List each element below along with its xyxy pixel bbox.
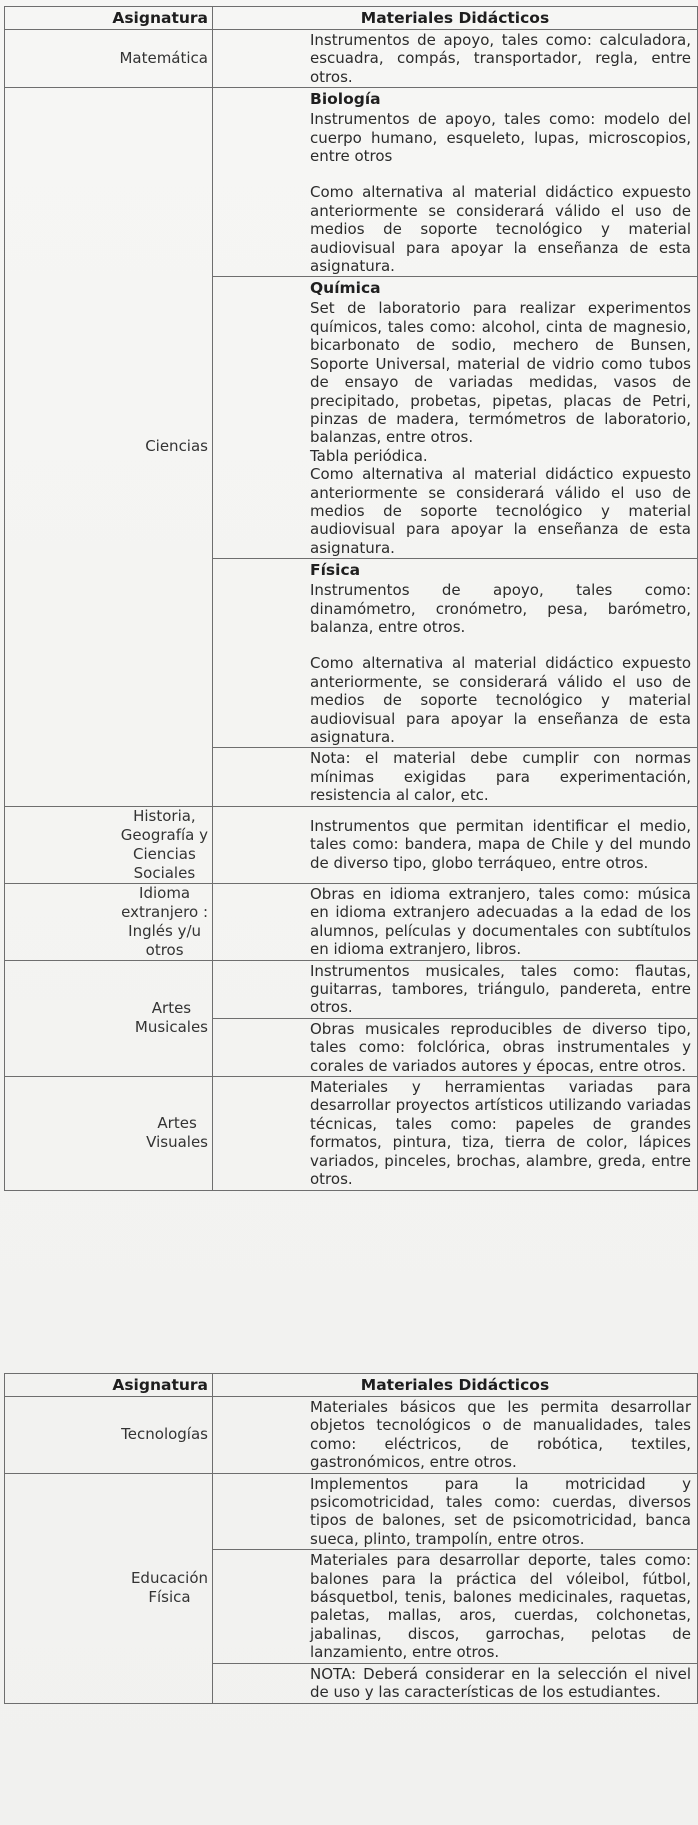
subject-name: Tecnologías	[121, 1425, 208, 1444]
table-header-row: Asignatura Materiales Didácticos	[5, 7, 698, 30]
materials-text: Instrumentos de apoyo, tales como: calcu…	[310, 31, 691, 86]
header-materials: Materiales Didácticos	[213, 7, 698, 30]
table-row: TecnologíasMateriales básicos que les pe…	[5, 1397, 698, 1474]
table-row: ArtesMusicalesInstrumentos musicales, ta…	[5, 960, 698, 1018]
subject-name: Ciencias	[145, 437, 208, 456]
materials-text: NOTA: Deberá considerar en la selección …	[310, 1665, 691, 1702]
materials-text: Como alternativa al material didáctico e…	[310, 183, 691, 275]
subject-cell: Historia,Geografía yCienciasSociales	[5, 806, 213, 883]
table-row: Historia,Geografía yCienciasSocialesInst…	[5, 806, 698, 883]
table-row: Idiomaextranjero :Inglés y/uotrosObras e…	[5, 883, 698, 960]
materials-cell: NOTA: Deberá considerar en la selección …	[213, 1663, 698, 1703]
materials-cell: Materiales y herramientas variadas para …	[213, 1077, 698, 1190]
materials-cell: Nota: el material debe cumplir con norma…	[213, 748, 698, 806]
header-materials: Materiales Didácticos	[213, 1374, 698, 1397]
subject-cell: Idiomaextranjero :Inglés y/uotros	[5, 883, 213, 960]
materials-table-2: Asignatura Materiales Didácticos Tecnolo…	[4, 1373, 698, 1704]
subject-name: Idiomaextranjero :Inglés y/uotros	[121, 884, 208, 960]
subject-cell: Tecnologías	[5, 1397, 213, 1474]
materials-cell: Obras musicales reproducibles de diverso…	[213, 1018, 698, 1076]
materials-text: Materiales para desarrollar deporte, tal…	[310, 1551, 691, 1661]
discipline-title: Química	[310, 278, 691, 299]
subject-name: ArtesMusicales	[135, 999, 208, 1037]
materials-text: Obras en idioma extranjero, tales como: …	[310, 885, 691, 959]
table-row: ArtesVisualesMateriales y herramientas v…	[5, 1077, 698, 1190]
materials-text: Instrumentos de apoyo, tales como: dinam…	[310, 581, 691, 636]
materials-cell: Materiales básicos que les permita desar…	[213, 1397, 698, 1474]
materials-text: Instrumentos de apoyo, tales como: model…	[310, 110, 691, 165]
materials-cell: Instrumentos musicales, tales como: flau…	[213, 960, 698, 1018]
materials-cell: QuímicaSet de laboratorio para realizar …	[213, 277, 698, 559]
materials-cell: Instrumentos de apoyo, tales como: calcu…	[213, 30, 698, 88]
discipline-title: Física	[310, 560, 691, 581]
table-row: MatemáticaInstrumentos de apoyo, tales c…	[5, 30, 698, 88]
subject-name: Matemática	[119, 49, 208, 68]
table-header-row: Asignatura Materiales Didácticos	[5, 1374, 698, 1397]
table-row: EducaciónFísicaImplementos para la motri…	[5, 1473, 698, 1550]
materials-text: Implementos para la motricidad y psicomo…	[310, 1475, 691, 1549]
subject-cell: ArtesMusicales	[5, 960, 213, 1076]
scanned-page: Asignatura Materiales Didácticos Matemát…	[0, 0, 698, 1825]
materials-text: Instrumentos musicales, tales como: flau…	[310, 962, 691, 1017]
subject-name: EducaciónFísica	[131, 1569, 208, 1607]
materials-text: Obras musicales reproducibles de diverso…	[310, 1020, 691, 1075]
materials-text: Como alternativa al material didáctico e…	[310, 465, 691, 557]
table-body: MatemáticaInstrumentos de apoyo, tales c…	[5, 30, 698, 1191]
materials-cell: Implementos para la motricidad y psicomo…	[213, 1473, 698, 1550]
materials-text: Nota: el material debe cumplir con norma…	[310, 749, 691, 804]
table-body: TecnologíasMateriales básicos que les pe…	[5, 1397, 698, 1704]
materials-text: Como alternativa al material didáctico e…	[310, 654, 691, 746]
subject-cell: Ciencias	[5, 88, 213, 806]
materials-cell: Instrumentos que permitan identificar el…	[213, 806, 698, 883]
materials-text: Set de laboratorio para realizar experim…	[310, 299, 691, 446]
subject-cell: Matemática	[5, 30, 213, 88]
discipline-title: Biología	[310, 89, 691, 110]
header-subject: Asignatura	[5, 1374, 213, 1397]
materials-cell: FísicaInstrumentos de apoyo, tales como:…	[213, 559, 698, 748]
header-subject: Asignatura	[5, 7, 213, 30]
materials-text: Tabla periódica.	[310, 447, 691, 465]
materials-cell: Materiales para desarrollar deporte, tal…	[213, 1550, 698, 1663]
subject-name: Historia,Geografía yCienciasSociales	[121, 807, 208, 883]
materials-cell: Obras en idioma extranjero, tales como: …	[213, 883, 698, 960]
table-row: CienciasBiologíaInstrumentos de apoyo, t…	[5, 88, 698, 277]
materials-text: Materiales y herramientas variadas para …	[310, 1078, 691, 1188]
materials-table-1: Asignatura Materiales Didácticos Matemát…	[4, 6, 698, 1191]
subject-name: ArtesVisuales	[146, 1114, 208, 1152]
subject-cell: ArtesVisuales	[5, 1077, 213, 1190]
materials-text: Instrumentos que permitan identificar el…	[310, 817, 691, 872]
subject-cell: EducaciónFísica	[5, 1473, 213, 1703]
materials-text: Materiales básicos que les permita desar…	[310, 1398, 691, 1472]
materials-cell: BiologíaInstrumentos de apoyo, tales com…	[213, 88, 698, 277]
